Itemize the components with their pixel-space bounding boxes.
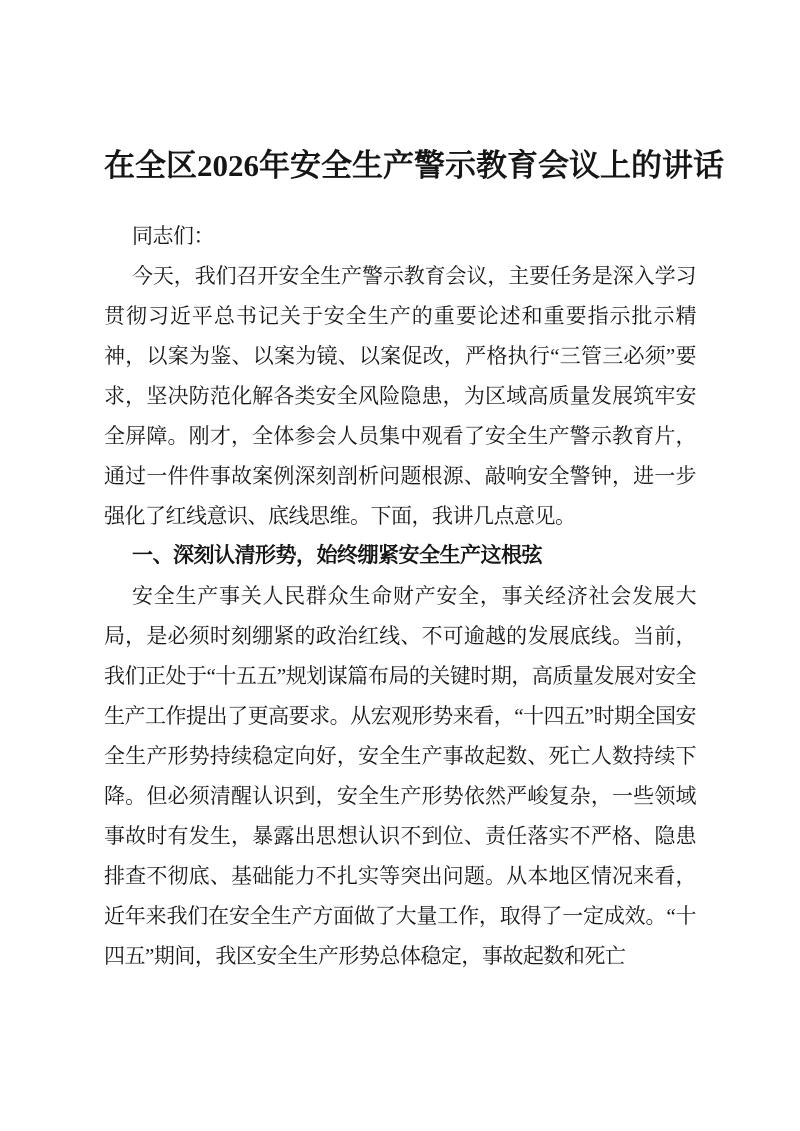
section-1-heading: 一、深刻认清形势，始终绷紧安全生产这根弦: [104, 536, 696, 576]
salutation: 同志们：: [104, 216, 696, 256]
document-page: 在全区2026年安全生产警示教育会议上的讲话 同志们： 今天，我们召开安全生产警…: [0, 0, 800, 1131]
document-title: 在全区2026年安全生产警示教育会议上的讲话: [104, 146, 696, 186]
section-1-paragraph: 安全生产事关人民群众生命财产安全，事关经济社会发展大局，是必须时刻绷紧的政治红线…: [104, 576, 696, 976]
intro-paragraph: 今天，我们召开安全生产警示教育会议，主要任务是深入学习贯彻习近平总书记关于安全生…: [104, 256, 696, 536]
